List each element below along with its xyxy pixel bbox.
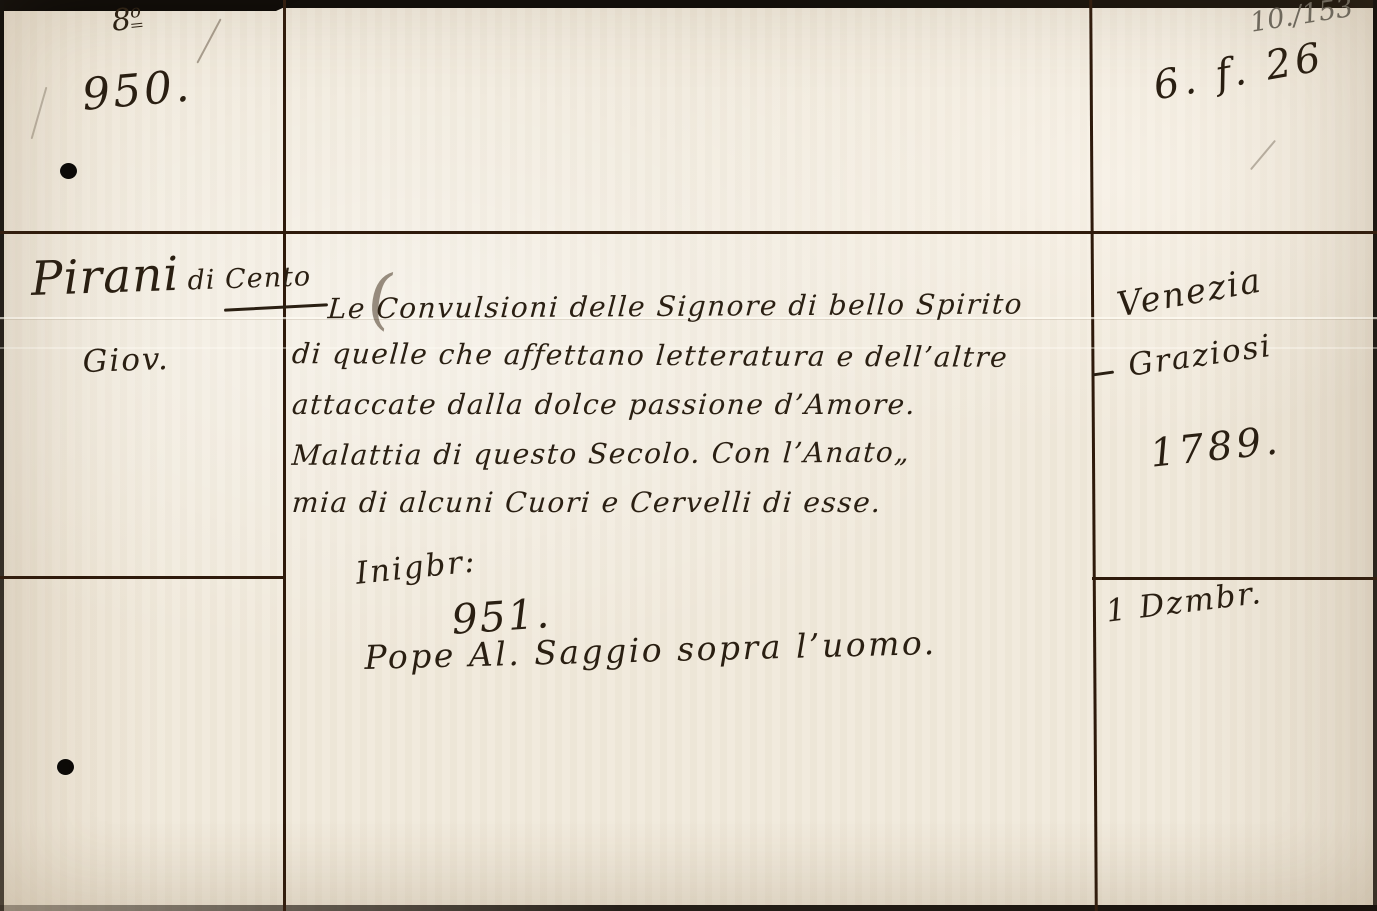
imprint-dash-stroke	[1092, 370, 1114, 376]
shelfmark: 6. f. 26	[1150, 34, 1328, 109]
imprint-publisher: Graziosi	[1126, 328, 1274, 384]
punch-hole-top	[60, 163, 77, 179]
row-rule-left-cell	[0, 576, 283, 579]
format-mark-octavo: 8o	[110, 1, 143, 39]
scratch-mark	[1250, 140, 1276, 170]
scan-edge-right	[1373, 0, 1377, 911]
column-rule-left	[283, 0, 286, 911]
imprint-place: Venezia	[1114, 261, 1265, 326]
second-entry-title: Pope Al. Saggio sopra l’uomo.	[364, 623, 937, 677]
title-line-1: Le Convulsioni delle Signore di bello Sp…	[290, 279, 1024, 333]
scratch-mark	[31, 87, 48, 139]
title-line-2: di quelle che affettano letteratura e de…	[290, 329, 1024, 382]
author-heading: Piranidi Cento	[30, 242, 312, 307]
imprint-year: 1789.	[1148, 418, 1284, 477]
catalog-card-scan: 8o 950. 10./153 6. f. 26 Piranidi Cento …	[0, 0, 1377, 911]
scan-edge-bottom	[0, 905, 1377, 911]
binder-note: Inigbr:	[354, 543, 478, 591]
scratch-mark	[196, 18, 221, 63]
scan-edge-top-left	[0, 0, 300, 11]
author-surname: Pirani	[30, 247, 180, 307]
title-line-3: attaccate dalla dolce passione d’Amore.	[290, 380, 1024, 429]
date-note: 1 Dzmbr.	[1104, 575, 1264, 630]
title-line-4: Malattia di questo Secolo. Con l’Anato„	[290, 427, 1024, 480]
scan-edge-left	[0, 0, 4, 911]
title-block: Le Convulsioni delle Signore di bello Sp…	[292, 282, 1023, 527]
title-line-5: mia di alcuni Cuori e Cervelli di esse.	[290, 478, 1024, 527]
entry-number: 950.	[80, 60, 194, 120]
author-first-name: Giov.	[82, 341, 170, 380]
row-rule-top	[0, 231, 1377, 234]
column-rule-right	[1089, 0, 1098, 911]
pencil-foliation-note: 10./153	[1248, 0, 1355, 39]
punch-hole-bottom	[57, 759, 74, 775]
